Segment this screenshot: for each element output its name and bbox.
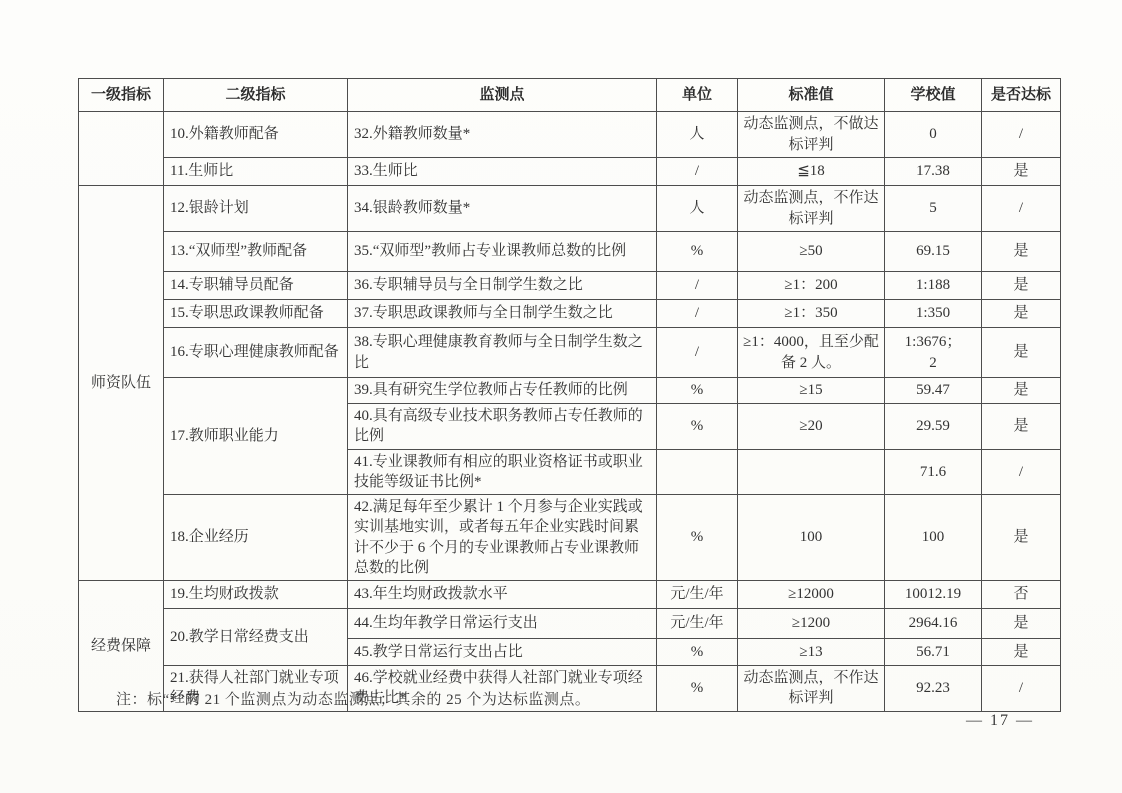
standard-cell: ≥1：350 [738, 300, 885, 328]
unit-cell: % [657, 495, 738, 581]
standard-cell: ≥15 [738, 378, 885, 404]
level1-empty-cell [79, 112, 164, 186]
pass-cell: 是 [982, 378, 1061, 404]
level2-cell: 11.生师比 [164, 158, 348, 186]
standard-cell: 100 [738, 495, 885, 581]
unit-cell: / [657, 328, 738, 378]
monitor-point-cell: 36.专职辅导员与全日制学生数之比 [348, 272, 657, 300]
unit-cell: 元/生/年 [657, 581, 738, 609]
monitor-point-cell: 42.满足每年至少累计 1 个月参与企业实践或实训基地实训，或者每五年企业实践时… [348, 495, 657, 581]
standard-cell: 动态监测点，不做达标评判 [738, 112, 885, 158]
standard-cell: ≥50 [738, 232, 885, 272]
level2-cell: 12.银龄计划 [164, 186, 348, 232]
monitor-point-cell: 35.“双师型”教师占专业课教师总数的比例 [348, 232, 657, 272]
table-row: 15.专职思政课教师配备 37.专职思政课教师与全日制学生数之比 / ≥1：35… [79, 300, 1061, 328]
unit-cell: % [657, 378, 738, 404]
standard-cell: ≥1：200 [738, 272, 885, 300]
school-value-cell: 10012.19 [885, 581, 982, 609]
table-row: 11.生师比 33.生师比 / ≦18 17.38 是 [79, 158, 1061, 186]
pass-cell: 是 [982, 328, 1061, 378]
table-row: 13.“双师型”教师配备 35.“双师型”教师占专业课教师总数的比例 % ≥50… [79, 232, 1061, 272]
standard-cell: ≦18 [738, 158, 885, 186]
standard-cell: ≥20 [738, 404, 885, 450]
header-row: 一级指标 二级指标 监测点 单位 标准值 学校值 是否达标 [79, 79, 1061, 112]
school-value-cell: 71.6 [885, 449, 982, 495]
col-header-standard: 标准值 [738, 79, 885, 112]
level2-cell: 13.“双师型”教师配备 [164, 232, 348, 272]
table-row: 师资队伍 12.银龄计划 34.银龄教师数量* 人 动态监测点，不作达标评判 5… [79, 186, 1061, 232]
unit-cell: 元/生/年 [657, 609, 738, 639]
school-value-cell: 69.15 [885, 232, 982, 272]
school-value-cell: 100 [885, 495, 982, 581]
monitor-point-cell: 37.专职思政课教师与全日制学生数之比 [348, 300, 657, 328]
pass-cell: 否 [982, 581, 1061, 609]
level1-cell-faculty: 师资队伍 [79, 186, 164, 581]
standard-cell [738, 449, 885, 495]
table-row: 14.专职辅导员配备 36.专职辅导员与全日制学生数之比 / ≥1：200 1:… [79, 272, 1061, 300]
pass-cell: 是 [982, 609, 1061, 639]
monitor-point-cell: 39.具有研究生学位教师占专任教师的比例 [348, 378, 657, 404]
school-value-cell: 1:188 [885, 272, 982, 300]
pass-cell: / [982, 449, 1061, 495]
pass-cell: 是 [982, 158, 1061, 186]
level2-cell: 17.教师职业能力 [164, 378, 348, 495]
monitor-point-cell: 38.专职心理健康教育教师与全日制学生数之比 [348, 328, 657, 378]
standard-cell: ≥1200 [738, 609, 885, 639]
footnote: 注：标“*”的 21 个监测点为动态监测点；其余的 25 个为达标监测点。 [116, 688, 590, 709]
school-value-cell: 92.23 [885, 666, 982, 712]
school-value-cell: 2964.16 [885, 609, 982, 639]
school-value-cell: 29.59 [885, 404, 982, 450]
table-row: 18.企业经历 42.满足每年至少累计 1 个月参与企业实践或实训基地实训，或者… [79, 495, 1061, 581]
school-value-cell: 1:350 [885, 300, 982, 328]
col-header-monitor-point: 监测点 [348, 79, 657, 112]
unit-cell: 人 [657, 186, 738, 232]
table-row: 17.教师职业能力 39.具有研究生学位教师占专任教师的比例 % ≥15 59.… [79, 378, 1061, 404]
pass-cell: 是 [982, 300, 1061, 328]
monitor-point-cell: 44.生均年教学日常运行支出 [348, 609, 657, 639]
col-header-school-value: 学校值 [885, 79, 982, 112]
unit-cell: 人 [657, 112, 738, 158]
standard-cell: 动态监测点，不作达标评判 [738, 186, 885, 232]
school-value-cell: 1:3676； 2 [885, 328, 982, 378]
standard-cell: 动态监测点，不作达标评判 [738, 666, 885, 712]
monitor-point-cell: 43.年生均财政拨款水平 [348, 581, 657, 609]
pass-cell: / [982, 666, 1061, 712]
table-row: 20.教学日常经费支出 44.生均年教学日常运行支出 元/生/年 ≥1200 2… [79, 609, 1061, 639]
col-header-level2: 二级指标 [164, 79, 348, 112]
school-value-cell: 5 [885, 186, 982, 232]
school-value-cell: 0 [885, 112, 982, 158]
pass-cell: 是 [982, 495, 1061, 581]
level2-cell: 16.专职心理健康教师配备 [164, 328, 348, 378]
standard-cell: ≥1：4000，且至少配备 2 人。 [738, 328, 885, 378]
pass-cell: 是 [982, 272, 1061, 300]
monitor-point-cell: 45.教学日常运行支出占比 [348, 639, 657, 666]
pass-cell: / [982, 186, 1061, 232]
pass-cell: 是 [982, 232, 1061, 272]
monitor-point-cell: 40.具有高级专业技术职务教师占专任教师的比例 [348, 404, 657, 450]
pass-cell: 是 [982, 639, 1061, 666]
monitor-point-cell: 32.外籍教师数量* [348, 112, 657, 158]
col-header-pass: 是否达标 [982, 79, 1061, 112]
school-value-cell: 17.38 [885, 158, 982, 186]
standard-cell: ≥13 [738, 639, 885, 666]
level2-cell: 18.企业经历 [164, 495, 348, 581]
level2-cell: 20.教学日常经费支出 [164, 609, 348, 666]
school-value-cell: 56.71 [885, 639, 982, 666]
level2-cell: 19.生均财政拨款 [164, 581, 348, 609]
monitor-point-cell: 34.银龄教师数量* [348, 186, 657, 232]
unit-cell [657, 449, 738, 495]
table-row: 16.专职心理健康教师配备 38.专职心理健康教育教师与全日制学生数之比 / ≥… [79, 328, 1061, 378]
school-value-cell: 59.47 [885, 378, 982, 404]
unit-cell: % [657, 666, 738, 712]
standard-cell: ≥12000 [738, 581, 885, 609]
level2-cell: 10.外籍教师配备 [164, 112, 348, 158]
unit-cell: / [657, 300, 738, 328]
monitor-point-cell: 41.专业课教师有相应的职业资格证书或职业技能等级证书比例* [348, 449, 657, 495]
level2-cell: 15.专职思政课教师配备 [164, 300, 348, 328]
unit-cell: / [657, 272, 738, 300]
level2-cell: 14.专职辅导员配备 [164, 272, 348, 300]
indicator-table: 一级指标 二级指标 监测点 单位 标准值 学校值 是否达标 10.外籍教师配备 … [78, 78, 1061, 712]
pass-cell: 是 [982, 404, 1061, 450]
unit-cell: % [657, 232, 738, 272]
col-header-level1: 一级指标 [79, 79, 164, 112]
document-page: 一级指标 二级指标 监测点 单位 标准值 学校值 是否达标 10.外籍教师配备 … [0, 0, 1122, 793]
unit-cell: % [657, 404, 738, 450]
monitor-point-cell: 33.生师比 [348, 158, 657, 186]
unit-cell: / [657, 158, 738, 186]
table-row: 经费保障 19.生均财政拨款 43.年生均财政拨款水平 元/生/年 ≥12000… [79, 581, 1061, 609]
col-header-unit: 单位 [657, 79, 738, 112]
pass-cell: / [982, 112, 1061, 158]
unit-cell: % [657, 639, 738, 666]
table-row: 10.外籍教师配备 32.外籍教师数量* 人 动态监测点，不做达标评判 0 / [79, 112, 1061, 158]
page-number: — 17 — [966, 712, 1034, 730]
